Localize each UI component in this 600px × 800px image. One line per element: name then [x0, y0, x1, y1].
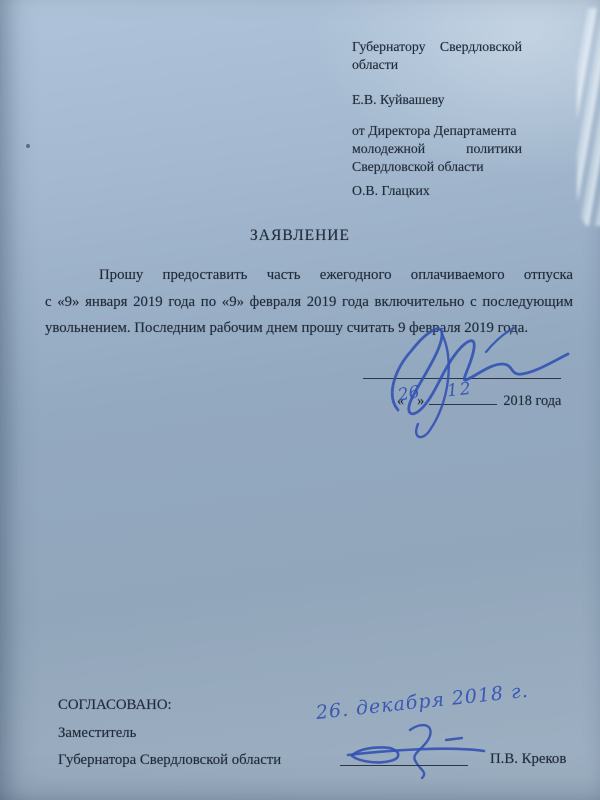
addressee-block: Губернатору Свердловской области Е.В. Ку…	[352, 38, 522, 200]
approval-signature-line	[340, 765, 468, 766]
document-title: ЗАЯВЛЕНИЕ	[0, 227, 600, 245]
sender-line-3: Свердловской области	[352, 158, 522, 176]
sender-name: О.В. Глацких	[352, 182, 522, 200]
addressee-line-1: Губернатору Свердловской	[352, 38, 522, 56]
body-line-2: с «9» января 2019 года по «9» февраля 20…	[45, 289, 573, 316]
signature-glatskikh-ink	[368, 318, 578, 423]
paper-speck	[26, 144, 30, 148]
approval-block: СОГЛАСОВАНО: Заместитель Губернатора Све…	[58, 692, 281, 775]
approver-position-2: Губернатора Свердловской области	[58, 747, 281, 775]
signature-krekov-ink	[330, 718, 510, 780]
paper-crease	[577, 8, 600, 226]
approval-label: СОГЛАСОВАНО:	[58, 692, 281, 720]
approver-name: П.В. Креков	[490, 751, 566, 768]
addressee-line-2: области	[352, 56, 522, 74]
sender-line-1: от Директора Департамента	[352, 122, 522, 140]
body-line-1: Прошу предоставить часть ежегодного опла…	[45, 262, 573, 289]
sender-line-2: молодежной политики	[352, 140, 522, 158]
paper-document-photo: Губернатору Свердловской области Е.В. Ку…	[0, 0, 600, 800]
addressee-name: Е.В. Куйвашеву	[352, 91, 522, 109]
approver-position-1: Заместитель	[58, 720, 281, 748]
